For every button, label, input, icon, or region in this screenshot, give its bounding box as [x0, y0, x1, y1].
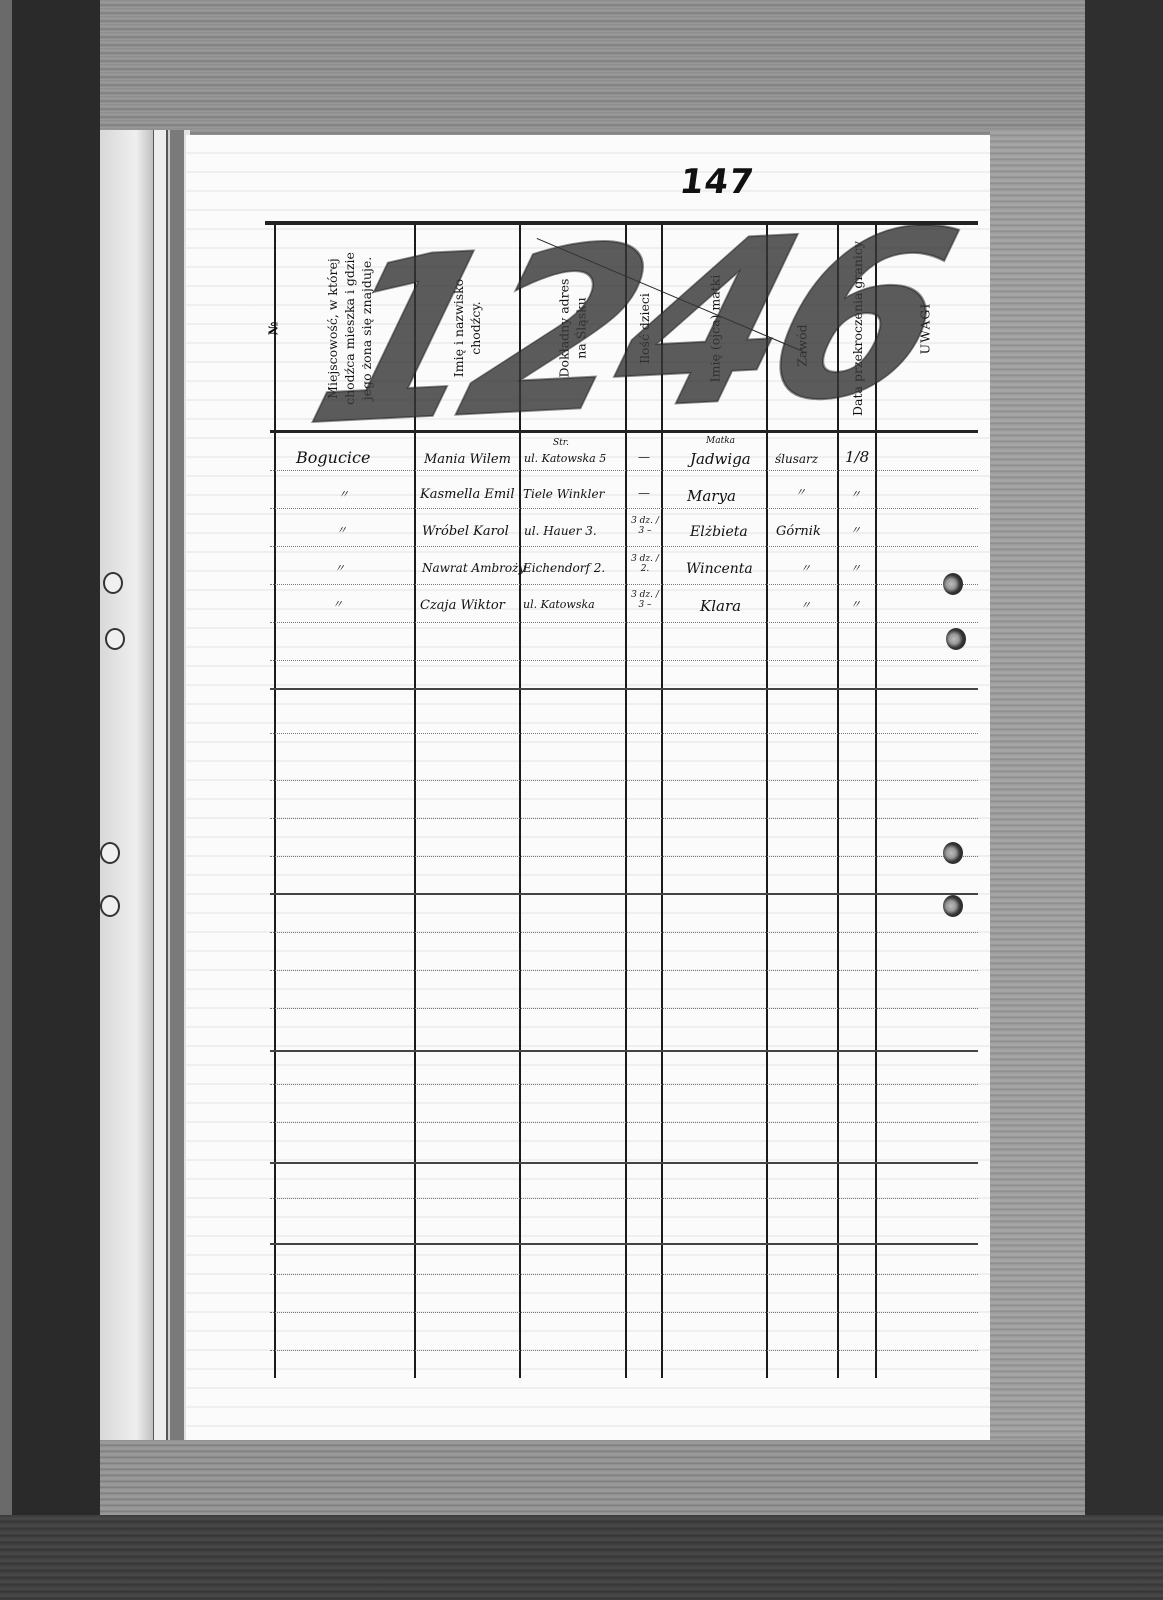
scan-shadow-bottom: [0, 1515, 1163, 1600]
row-divider: [270, 1350, 978, 1351]
row-2-children: —: [638, 486, 650, 500]
row-4-place: 〃: [334, 560, 345, 576]
column-divider: [661, 225, 663, 1378]
row-3-mother: Elżbieta: [690, 524, 748, 540]
row-3-occupation: Górnik: [776, 524, 821, 539]
table-top-rule: [265, 221, 978, 225]
row-2-place: 〃: [338, 486, 349, 502]
row-5-occupation: 〃: [800, 597, 811, 613]
punch-hole-icon: [100, 895, 120, 917]
row-divider: [270, 1312, 978, 1313]
row-divider-section: [270, 688, 978, 690]
row-divider: [270, 470, 978, 471]
row-divider: [270, 1198, 978, 1199]
row-1-address: ul. Katowska 5: [524, 452, 606, 465]
scan-margin-right: [990, 130, 1085, 1440]
column-divider: [766, 225, 768, 1378]
row-divider: [270, 818, 978, 819]
header-place-line-1: Miejscowość, w której: [324, 252, 341, 405]
punch-hole-icon: [943, 573, 963, 595]
row-2-name: Kasmella Emil: [420, 487, 515, 502]
header-name: Imię i nazwisko chodźcy.: [420, 228, 515, 428]
row-5-mother: Klara: [700, 597, 741, 615]
column-divider: [875, 225, 877, 1378]
punch-hole-icon: [946, 628, 966, 650]
row-divider: [270, 733, 978, 734]
header-bottom-rule: [270, 430, 978, 433]
row-4-name: Nawrat Ambroży: [422, 561, 525, 575]
row-3-place: 〃: [336, 522, 347, 538]
punch-hole-icon: [943, 895, 963, 917]
row-divider-section: [270, 1162, 978, 1164]
scan-margin-bottom: [100, 1440, 1085, 1515]
row-1-address-note: Str.: [553, 438, 569, 448]
punch-hole-icon: [103, 572, 123, 594]
row-divider: [270, 856, 978, 857]
row-4-address: Eichendorf 2.: [523, 561, 605, 575]
header-place-line-3: jego żona się znajduje.: [358, 252, 375, 405]
header-border-date: Data przekroczenia granicy: [840, 228, 874, 428]
row-divider-section: [270, 1243, 978, 1245]
row-divider: [270, 970, 978, 971]
row-4-children: 3 dz. / 2.: [630, 554, 660, 574]
row-3-address: ul. Hauer 3.: [524, 524, 597, 538]
header-place: Miejscowość, w której chodźca mieszka i …: [290, 228, 408, 428]
column-divider: [414, 225, 416, 1378]
header-remarks: UWAGI: [880, 228, 970, 428]
header-mother: Imię (ojca) matki: [667, 228, 762, 428]
row-2-address: Tiele Winkler: [523, 487, 604, 501]
binder-rod-shadow: [170, 130, 184, 1440]
row-1-mother: Jadwiga: [690, 450, 751, 468]
punch-hole-icon: [100, 842, 120, 864]
row-5-place: 〃: [332, 596, 343, 612]
row-divider: [270, 584, 978, 585]
row-5-children: 3 dz. / 3 –: [630, 590, 660, 610]
header-occupation: Zawód: [770, 290, 835, 400]
row-5-date: 〃: [850, 596, 861, 612]
row-divider: [270, 508, 978, 509]
row-divider: [270, 1274, 978, 1275]
row-1-place: Bogucice: [296, 448, 370, 467]
row-3-name: Wróbel Karol: [422, 524, 509, 539]
row-3-children: 3 dz. / 3 –: [630, 516, 660, 536]
punch-hole-icon: [943, 842, 963, 864]
header-address: Dokładny adres na Śląsku: [525, 228, 620, 428]
column-divider: [625, 225, 627, 1378]
column-divider: [519, 225, 521, 1378]
row-divider: [270, 1084, 978, 1085]
row-2-mother: Marya: [687, 487, 736, 505]
header-children: Ilość dzieci: [628, 228, 660, 428]
row-4-mother: Wincenta: [686, 561, 753, 577]
header-number: №: [258, 228, 288, 428]
header-place-line-2: chodźca mieszka i gdzie: [341, 252, 358, 405]
row-1-occupation: ślusarz: [775, 452, 818, 466]
row-2-occupation: 〃: [795, 484, 806, 500]
row-divider: [270, 622, 978, 623]
row-1-mother-note: Matka: [706, 436, 735, 446]
row-5-address: ul. Katowska: [523, 598, 595, 611]
punch-hole-icon: [105, 628, 125, 650]
row-1-children: —: [638, 450, 650, 464]
row-4-occupation: 〃: [800, 560, 811, 576]
row-divider: [270, 1122, 978, 1123]
binder-rod: [153, 130, 168, 1440]
row-divider: [270, 780, 978, 781]
scan-shadow-right: [1085, 0, 1163, 1600]
row-2-date: 〃: [850, 486, 861, 502]
column-divider: [837, 225, 839, 1378]
row-1-name: Mania Wilem: [424, 452, 511, 467]
row-3-date: 〃: [850, 522, 861, 538]
row-divider: [270, 1008, 978, 1009]
row-divider: [270, 660, 978, 661]
row-divider: [270, 932, 978, 933]
row-divider-section: [270, 893, 978, 895]
row-divider: [270, 546, 978, 547]
scan-border-left: [0, 0, 12, 1600]
row-5-name: Czaja Wiktor: [420, 598, 505, 613]
row-divider-section: [270, 1050, 978, 1052]
scan-shadow-left: [12, 0, 100, 1600]
row-1-date: 1/8: [845, 448, 869, 466]
folio-number: 147: [677, 162, 757, 202]
row-4-date: 〃: [850, 560, 861, 576]
